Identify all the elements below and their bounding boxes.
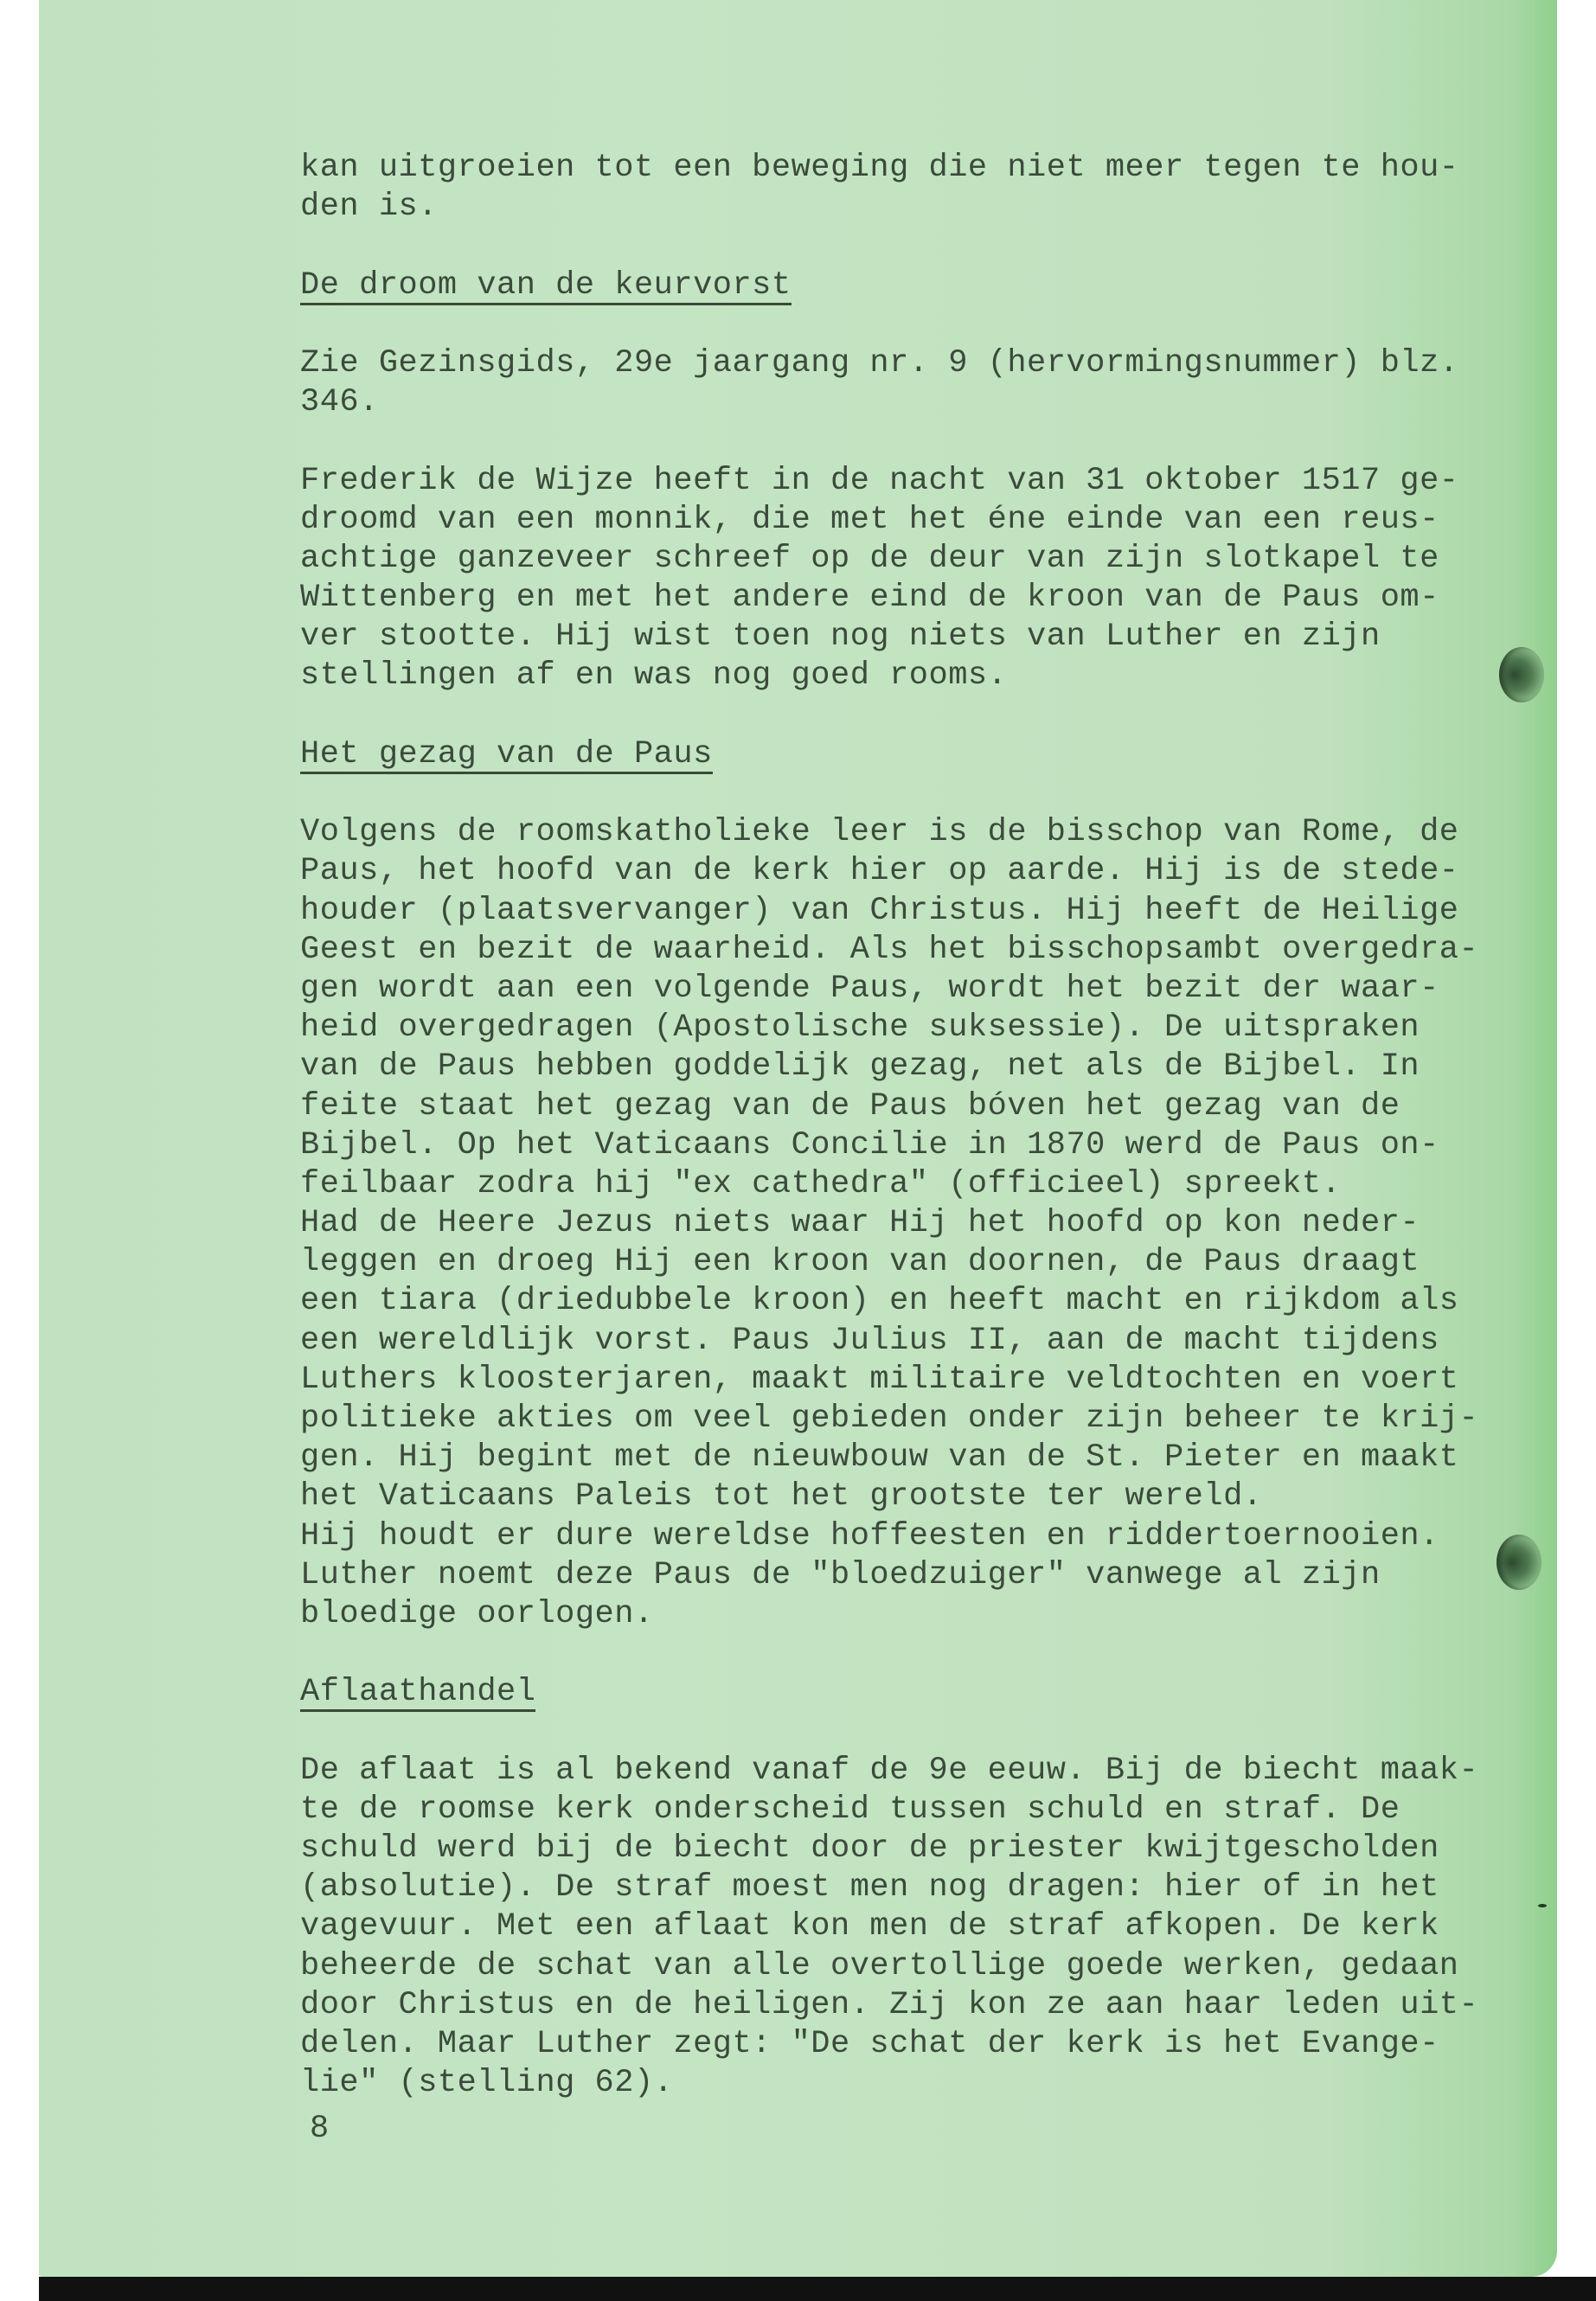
blank-line [300,1713,1511,1752]
text-line: te de roomse kerk onderscheid tussen sch… [300,1791,1511,1830]
paragraph: Frederik de Wijze heeft in de nacht van … [300,462,1511,696]
text-line: door Christus en de heiligen. Zij kon ze… [300,1986,1511,2025]
text-line: schuld werd bij de biecht door de priest… [300,1830,1511,1868]
document-body: kan uitgroeien tot een beweging die niet… [300,149,1511,2103]
text-line: het Vaticaans Paleis tot het grootste te… [300,1477,1511,1516]
section-heading-line: Aflaathandel [300,1673,1511,1712]
paragraph: De aflaat is al bekend vanaf de 9e eeuw.… [300,1752,1511,2104]
text-line: gen wordt aan een volgende Paus, wordt h… [300,970,1511,1009]
text-line: leggen en droeg Hij een kroon van doorne… [300,1243,1511,1282]
text-line: vagevuur. Met een aflaat kon men de stra… [300,1907,1511,1946]
text-line: Wittenberg en met het andere eind de kro… [300,579,1511,618]
text-line: gen. Hij begint met de nieuwbouw van de … [300,1439,1511,1477]
blank-line [300,1634,1511,1673]
text-line: droomd van een monnik, die met het éne e… [300,501,1511,540]
text-line: den is. [300,188,1511,227]
section-heading-line: De droom van de keurvorst [300,266,1511,305]
text-line: lie" (stelling 62). [300,2064,1511,2103]
text-line: een tiara (driedubbele kroon) en heeft m… [300,1282,1511,1321]
blank-line [300,696,1511,735]
text-line: Luthers kloosterjaren, maakt militaire v… [300,1361,1511,1400]
text-line: stellingen af en was nog goed rooms. [300,657,1511,695]
text-line: heid overgedragen (Apostolische suksessi… [300,1009,1511,1048]
section-heading: Aflaathandel [300,1675,535,1712]
text-line: achtige ganzeveer schreef op de deur van… [300,540,1511,579]
blank-line [300,305,1511,344]
text-line: De aflaat is al bekend vanaf de 9e eeuw.… [300,1752,1511,1791]
text-line: een wereldlijk vorst. Paus Julius II, aa… [300,1322,1511,1361]
text-line: Bijbel. Op het Vaticaans Concilie in 187… [300,1126,1511,1165]
blank-line [300,422,1511,461]
paragraph: Zie Gezinsgids, 29e jaargang nr. 9 (herv… [300,344,1511,422]
text-line: Paus, het hoofd van de kerk hier op aard… [300,852,1511,891]
paragraph: Volgens de roomskatholieke leer is de bi… [300,813,1511,1634]
paper-speck [1538,1904,1547,1907]
blank-line [300,774,1511,813]
page-number: 8 [310,2111,329,2147]
section-heading-line: Het gezag van de Paus [300,735,1511,774]
section-heading: Het gezag van de Paus [300,737,713,774]
text-line: Zie Gezinsgids, 29e jaargang nr. 9 (herv… [300,344,1511,383]
text-line: 346. [300,383,1511,422]
text-line: feilbaar zodra hij "ex cathedra" (offici… [300,1165,1511,1204]
text-line: Frederik de Wijze heeft in de nacht van … [300,462,1511,501]
text-line: beheerde de schat van alle overtollige g… [300,1947,1511,1986]
paragraph: kan uitgroeien tot een beweging die niet… [300,149,1511,227]
text-line: delen. Maar Luther zegt: "De schat der k… [300,2025,1511,2064]
text-line: Luther noemt deze Paus de "bloedzuiger" … [300,1556,1511,1595]
text-line: Hij houdt er dure wereldse hoffeesten en… [300,1517,1511,1556]
text-line: houder (plaatsvervanger) van Christus. H… [300,892,1511,931]
text-line: Volgens de roomskatholieke leer is de bi… [300,813,1511,852]
scan-bottom-edge [39,2277,1596,2301]
scan-margin [1557,0,1596,2277]
text-line: van de Paus hebben goddelijk gezag, net … [300,1048,1511,1086]
text-line: (absolutie). De straf moest men nog drag… [300,1868,1511,1907]
blank-line [300,227,1511,266]
section-heading: De droom van de keurvorst [300,268,792,305]
text-line: bloedige oorlogen. [300,1595,1511,1634]
text-line: ver stootte. Hij wist toen nog niets van… [300,618,1511,657]
text-line: Geest en bezit de waarheid. Als het biss… [300,931,1511,970]
text-line: kan uitgroeien tot een beweging die niet… [300,149,1511,188]
text-line: politieke akties om veel gebieden onder … [300,1400,1511,1439]
text-line: feite staat het gezag van de Paus bóven … [300,1087,1511,1126]
text-line: Had de Heere Jezus niets waar Hij het ho… [300,1204,1511,1243]
